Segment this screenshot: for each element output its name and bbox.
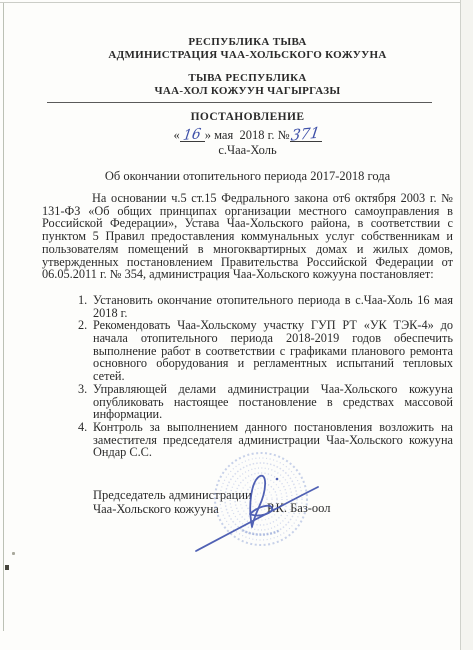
place-line: с.Чаа-Холь <box>42 143 453 157</box>
document-content: РЕСПУБЛИКА ТЫВА АДМИНИСТРАЦИЯ ЧАА-ХОЛЬСК… <box>42 36 453 534</box>
handwritten-doc-number: 371 <box>290 126 320 141</box>
item-text: Установить окончание отопительного перио… <box>93 294 453 319</box>
date-line: «16» мая 2018 г. №371 <box>42 128 453 143</box>
preamble-paragraph: На основании ч.5 ст.15 Федрального закон… <box>42 192 453 281</box>
document-type-heading: ПОСТАНОВЛЕНИЕ <box>42 111 453 124</box>
scan-speck <box>12 552 15 555</box>
list-item: 3.Управляющей делами администрации Чаа-Х… <box>78 383 453 421</box>
scan-edge-top <box>0 2 473 3</box>
header-separator-line <box>47 102 432 103</box>
header-republic-ru: РЕСПУБЛИКА ТЫВА <box>42 36 453 49</box>
header-administration-ru: АДМИНИСТРАЦИЯ ЧАА-ХОЛЬСКОГО КОЖУУНА <box>42 49 453 62</box>
item-text: Контроль за выполнением данного постанов… <box>93 421 453 459</box>
item-number: 1. <box>78 294 93 319</box>
date-day-slot: 16 <box>180 128 205 142</box>
item-number: 3. <box>78 383 93 421</box>
resolution-items: 1.Установить окончание отопительного пер… <box>78 294 453 459</box>
scan-edge-right <box>460 0 473 650</box>
handwritten-day: 16 <box>183 128 202 142</box>
item-text: Управляющей делами администрации Чаа-Хол… <box>93 383 453 421</box>
header-administration-tyv: ЧАА-ХОЛ КОЖУУН ЧАГЫРГАЗЫ <box>42 85 453 98</box>
header-gap <box>42 61 453 72</box>
scan-edge-left <box>3 3 4 631</box>
item-text: Рекомендовать Чаа-Хольскому участку ГУП … <box>93 319 453 383</box>
item-number: 2. <box>78 319 93 383</box>
document-title: Об окончании отопительного периода 2017-… <box>42 169 453 183</box>
list-item: 2.Рекомендовать Чаа-Хольскому участку ГУ… <box>78 319 453 383</box>
list-item: 1.Установить окончание отопительного пер… <box>78 294 453 319</box>
signature-name: Р.К. Баз-оол <box>267 502 331 516</box>
item-number: 4. <box>78 421 93 459</box>
doc-number-slot: 371 <box>290 128 322 142</box>
list-item: 4.Контроль за выполнением данного постан… <box>78 421 453 459</box>
date-text: » мая 2018 г. № <box>205 128 290 142</box>
scan-speck <box>5 565 9 570</box>
signature-block: Председатель администрации Чаа-Хольского… <box>93 489 453 534</box>
document-page: РЕСПУБЛИКА ТЫВА АДМИНИСТРАЦИЯ ЧАА-ХОЛЬСК… <box>0 0 473 650</box>
header-republic-tyv: ТЫВА РЕСПУБЛИКА <box>42 72 453 85</box>
